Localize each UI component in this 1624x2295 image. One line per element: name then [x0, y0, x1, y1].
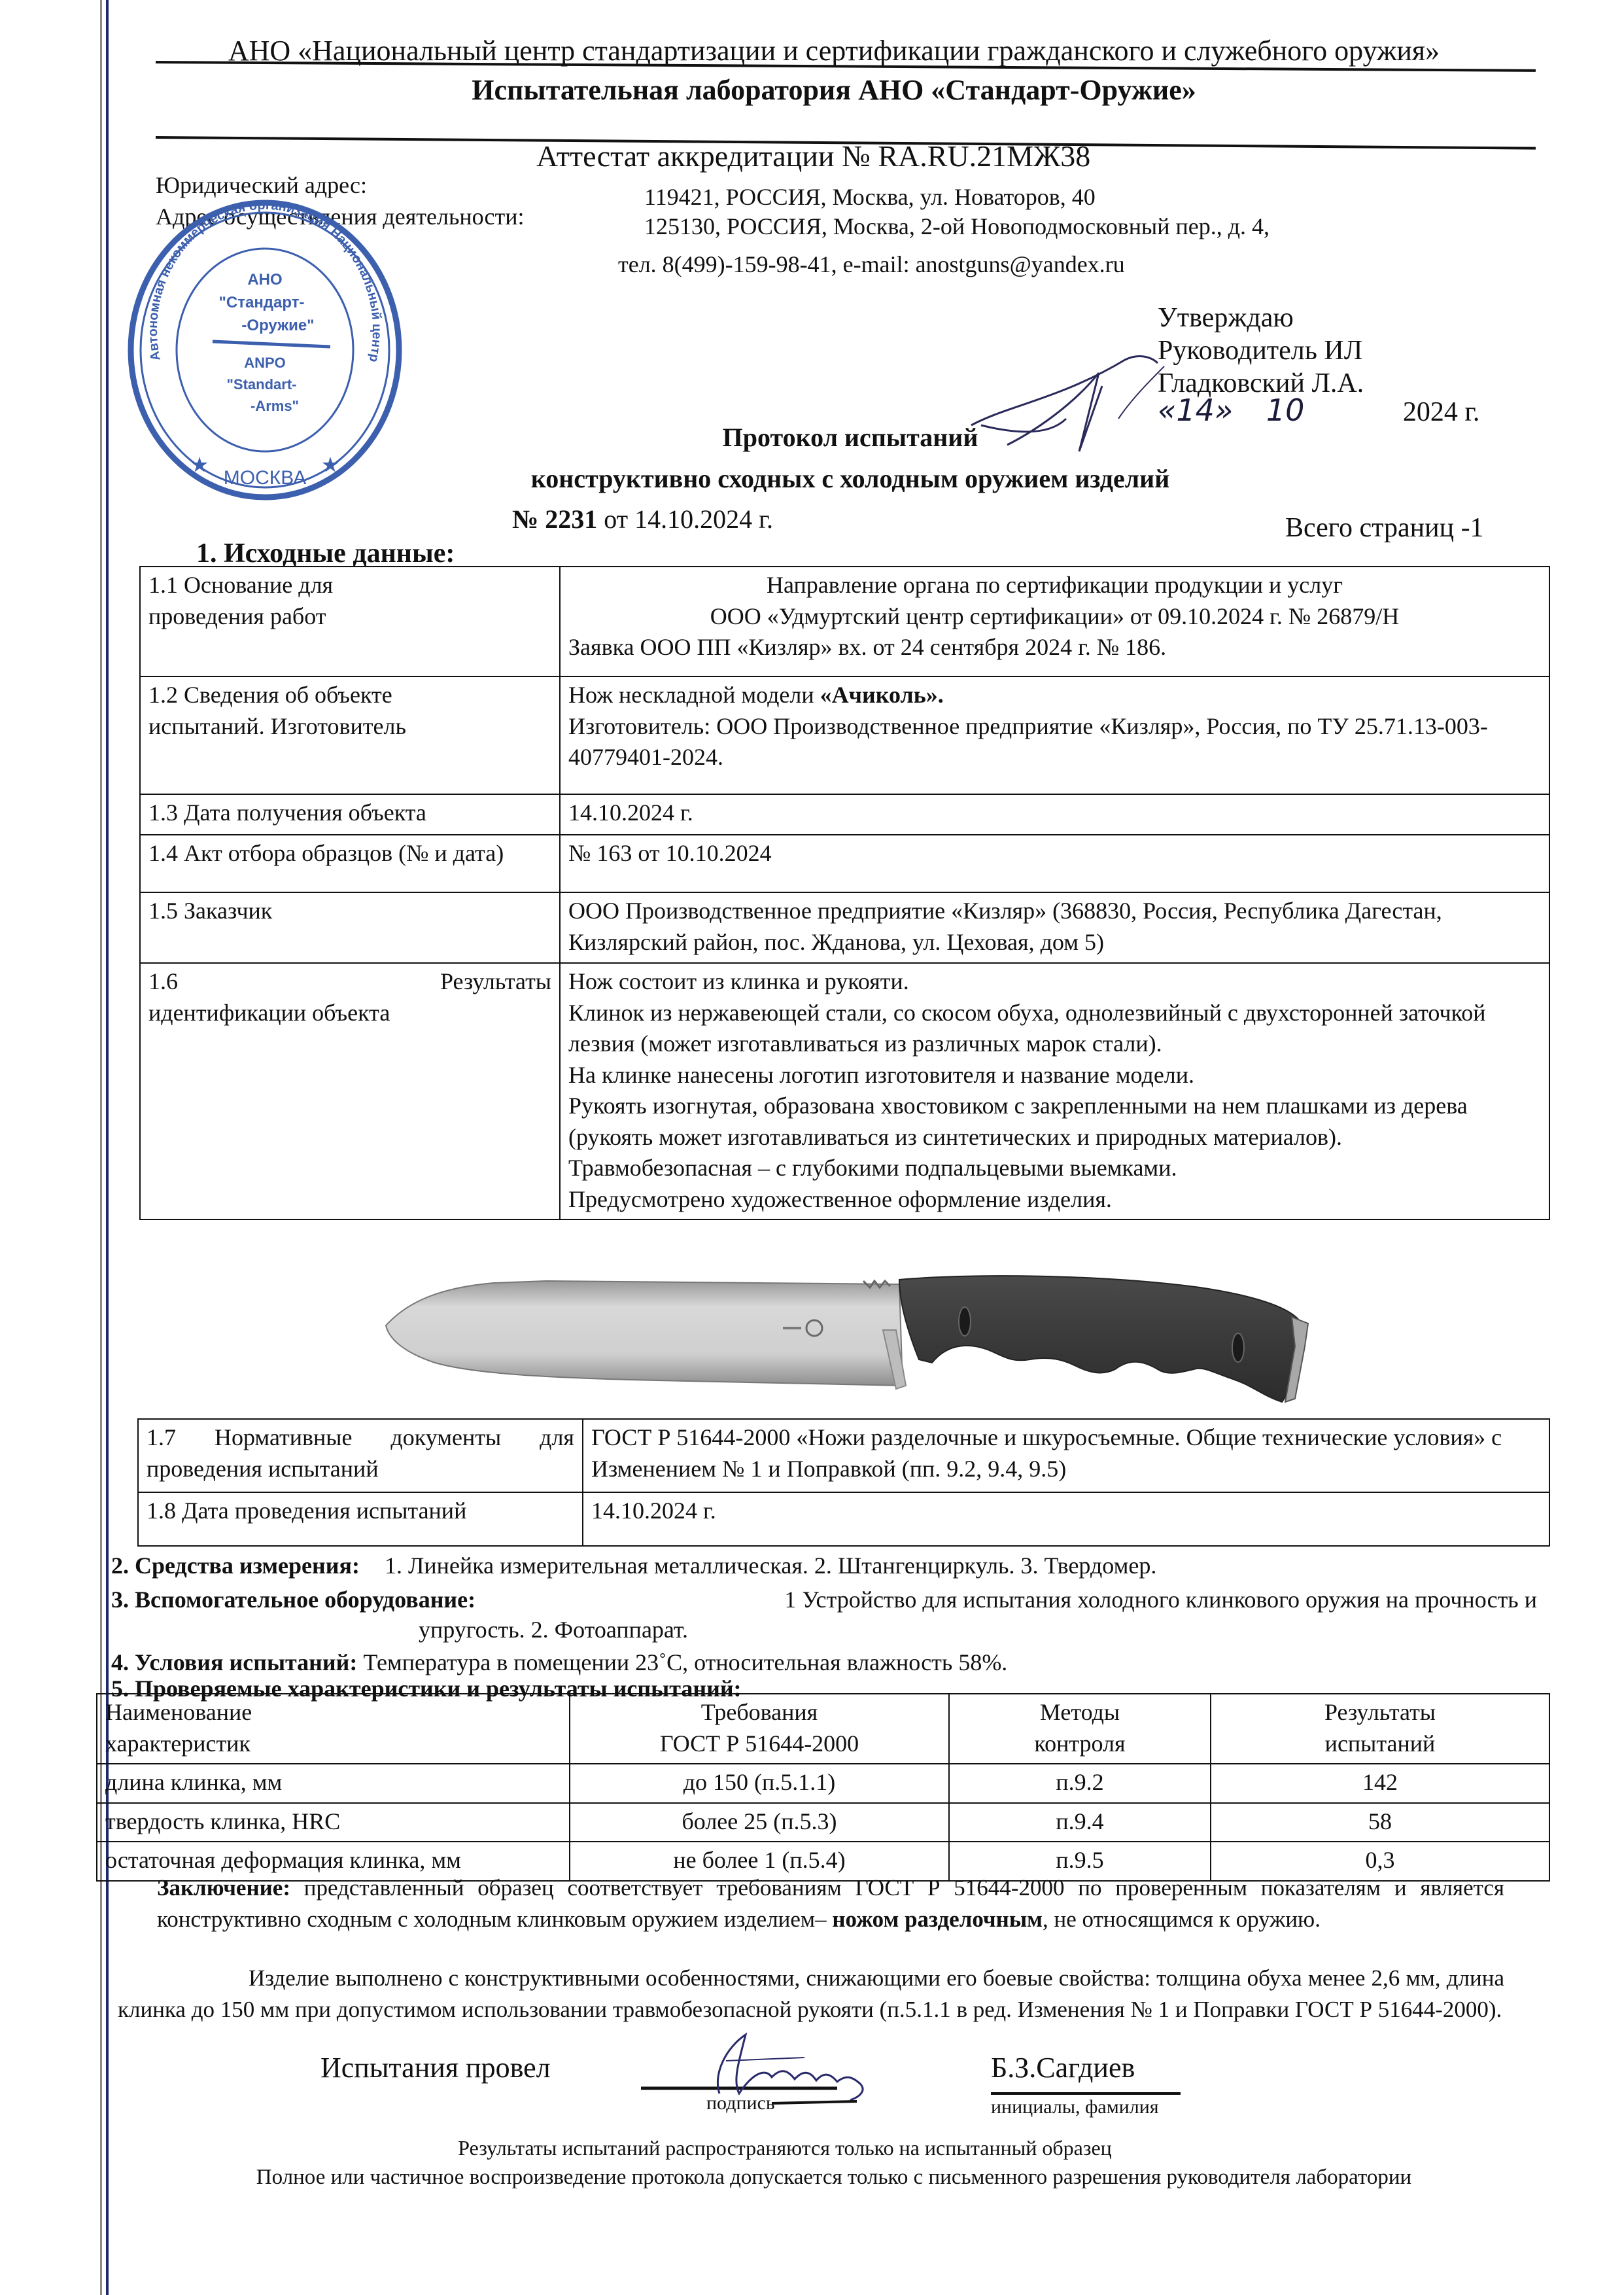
row-value: ГОСТ Р 51644-2000 «Ножи разделочные и шк…	[583, 1419, 1549, 1492]
identification-line: Клинок из нержавеющей стали, со скосом о…	[568, 998, 1541, 1060]
row-value: № 163 от 10.10.2024	[560, 835, 1549, 892]
conclusion-text-end: , не относящимся к оружию.	[1043, 1906, 1321, 1932]
conclusion: Заключение: представленный образец соотв…	[118, 1872, 1504, 1935]
cell-requirement: более 25 (п.5.3)	[570, 1803, 949, 1842]
table-row: 1.3 Дата получения объекта 14.10.2024 г.	[140, 794, 1549, 835]
row-label-num: 1.6	[148, 966, 178, 998]
legal-address: 119421, РОССИЯ, Москва, ул. Новаторов, 4…	[644, 183, 1096, 211]
page-count: Всего страниц -1	[1285, 512, 1484, 544]
cell-method: п.9.4	[949, 1803, 1211, 1842]
row-value: 14.10.2024 г.	[560, 794, 1549, 835]
conclusion-label: Заключение:	[157, 1875, 290, 1901]
manufacturer: Изготовитель: ООО Производственное предп…	[568, 711, 1541, 773]
section-3: 3. Вспомогательное оборудование:1 Устрой…	[111, 1586, 1537, 1613]
table-row: 1.4 Акт отбора образцов (№ и дата) № 163…	[140, 835, 1549, 892]
identification-line: Травмобезопасная – с глубокими подпальце…	[568, 1153, 1541, 1184]
column-header: Методы контроля	[949, 1694, 1211, 1764]
section-4: 4. Условия испытаний: Температура в поме…	[111, 1649, 1007, 1676]
svg-text:ANPO: ANPO	[244, 355, 286, 371]
row-value: ООО Производственное предприятие «Кизляр…	[560, 892, 1549, 963]
identification-line: На клинке нанесены логотип изготовителя …	[568, 1060, 1541, 1091]
organization-stamp: Автономная некоммерческая организация На…	[121, 196, 409, 504]
row-label: 1.1 Основание для проведения работ	[140, 567, 560, 676]
svg-text:-Оружие": -Оружие"	[241, 317, 314, 334]
basis-line-2: ООО «Удмуртский центр сертификации» от 0…	[568, 601, 1541, 633]
row-label: 1.5 Заказчик	[140, 892, 560, 963]
legal-address-label: Юридический адрес:	[156, 171, 367, 199]
footer-note-2: Полное или частичное воспроизведение про…	[131, 2165, 1537, 2190]
section-1-heading: 1. Исходные данные:	[196, 538, 455, 569]
section-2: 2. Средства измерения:1. Линейка измерит…	[111, 1552, 1156, 1579]
product-model: «Ачиколь».	[820, 682, 944, 708]
row-label: 1.6Результаты идентификации объекта	[140, 963, 560, 1219]
table-row: твердость клинка, HRC более 25 (п.5.3) п…	[97, 1803, 1549, 1842]
protocol-title: Протокол испытаний	[131, 422, 1570, 453]
row-value: Направление органа по сертификации проду…	[560, 567, 1549, 676]
protocol-number: № 2231 от 14.10.2024 г.	[512, 504, 773, 534]
column-header: Требования ГОСТ Р 51644-2000	[570, 1694, 949, 1764]
table-row: длина клинка, мм до 150 (п.5.1.1) п.9.2 …	[97, 1764, 1549, 1803]
protocol-subtitle: конструктивно сходных с холодным оружием…	[131, 463, 1570, 494]
identification-line: Предусмотрено художественное оформление …	[568, 1184, 1541, 1216]
identification-line: Нож состоит из клинка и рукояти.	[568, 966, 1541, 998]
identification-line: Рукоять изогнутая, образована хвостовико…	[568, 1091, 1541, 1153]
name-caption: инициалы, фамилия	[991, 2096, 1159, 2118]
section-3-text: 1 Устройство для испытания холодного кли…	[784, 1586, 1537, 1613]
name-underline	[991, 2092, 1181, 2095]
cell-characteristic: твердость клинка, HRC	[97, 1803, 570, 1842]
approver-title: Руководитель ИЛ	[1158, 335, 1362, 366]
row-label-text: Результаты	[440, 966, 551, 998]
footer-note-1: Результаты испытаний распространяются то…	[131, 2136, 1439, 2160]
table-row: 1.1 Основание для проведения работ Напра…	[140, 567, 1549, 676]
conclusion-features: Изделие выполнено с конструктивными особ…	[118, 1963, 1504, 2025]
svg-text:-Arms": -Arms"	[251, 398, 299, 414]
laboratory-name: Испытательная лаборатория АНО «Стандарт-…	[134, 73, 1534, 107]
knife-photo	[383, 1261, 1311, 1409]
section-4-label: 4. Условия испытаний:	[111, 1649, 357, 1675]
svg-text:"Standart-: "Standart-	[227, 376, 297, 393]
normative-table: 1.7 Нормативные документы для проведения…	[137, 1418, 1550, 1547]
contacts: тел. 8(499)-159-98-41, e-mail: anostguns…	[618, 251, 1125, 278]
table-row: 1.2 Сведения об объекте испытаний. Изгот…	[140, 676, 1549, 794]
cell-characteristic: длина клинка, мм	[97, 1764, 570, 1803]
row-value: Нож нескладной модели «Ачиколь». Изготов…	[560, 676, 1549, 794]
table-row: 1.8 Дата проведения испытаний 14.10.2024…	[138, 1492, 1549, 1546]
accreditation-number: Аттестат аккредитации № RA.RU.21МЖ38	[536, 139, 1090, 173]
organization-name: АНО «Национальный центр стандартизации и…	[134, 34, 1534, 67]
conclusion-classification: ножом разделочным	[832, 1906, 1043, 1932]
row-value: 14.10.2024 г.	[583, 1492, 1549, 1546]
svg-text:"Стандарт-: "Стандарт-	[219, 294, 305, 311]
row-label-line2: идентификации объекта	[148, 998, 551, 1029]
basis-line-1: Направление органа по сертификации проду…	[568, 570, 1541, 601]
table-row: 1.6Результаты идентификации объекта Нож …	[140, 963, 1549, 1219]
tester-label: Испытания провел	[320, 2051, 551, 2084]
section-3-label: 3. Вспомогательное оборудование:	[111, 1586, 475, 1613]
cell-result: 142	[1211, 1764, 1549, 1803]
table-row: 1.7 Нормативные документы для проведения…	[138, 1419, 1549, 1492]
cell-result: 58	[1211, 1803, 1549, 1842]
product-prefix: Нож нескладной модели	[568, 682, 820, 708]
row-label: 1.8 Дата проведения испытаний	[138, 1492, 583, 1546]
section-2-text: 1. Линейка измерительная металлическая. …	[385, 1552, 1156, 1579]
svg-text:АНО: АНО	[247, 271, 282, 289]
cell-requirement: до 150 (п.5.1.1)	[570, 1764, 949, 1803]
section-3-continued: упругость. 2. Фотоаппарат.	[419, 1616, 688, 1643]
section-4-text: Температура в помещении 23˚С, относитель…	[363, 1649, 1007, 1675]
protocol-date: от 14.10.2024 г.	[597, 504, 773, 534]
column-header: Наименование характеристик	[97, 1694, 570, 1764]
protocol-number-bold: № 2231	[512, 504, 597, 534]
signature-caption: подпись	[706, 2092, 775, 2114]
tester-name: Б.З.Сагдиев	[991, 2051, 1135, 2084]
table-row: 1.5 Заказчик ООО Производственное предпр…	[140, 892, 1549, 963]
section-2-label: 2. Средства измерения:	[111, 1552, 360, 1579]
tester-signature	[641, 2022, 994, 2120]
row-label: 1.4 Акт отбора образцов (№ и дата)	[140, 835, 560, 892]
margin-rule	[100, 0, 102, 2295]
basis-line-3: Заявка ООО ПП «Кизляр» вх. от 24 сентябр…	[568, 632, 1541, 663]
column-header: Результаты испытаний	[1211, 1694, 1549, 1764]
approval-caption: Утверждаю	[1158, 302, 1294, 334]
cell-method: п.9.2	[949, 1764, 1211, 1803]
source-data-table: 1.1 Основание для проведения работ Напра…	[139, 566, 1550, 1220]
results-table: Наименование характеристик Требования ГО…	[96, 1693, 1550, 1882]
table-header-row: Наименование характеристик Требования ГО…	[97, 1694, 1549, 1764]
row-label: 1.7 Нормативные документы для проведения…	[138, 1419, 583, 1492]
product-line: Нож нескладной модели «Ачиколь».	[568, 680, 1541, 711]
margin-rule-blue	[106, 0, 109, 2295]
activity-address: 125130, РОССИЯ, Москва, 2-ой Новоподмоск…	[644, 213, 1270, 240]
row-label: 1.2 Сведения об объекте испытаний. Изгот…	[140, 676, 560, 794]
row-value: Нож состоит из клинка и рукояти. Клинок …	[560, 963, 1549, 1219]
row-label: 1.3 Дата получения объекта	[140, 794, 560, 835]
